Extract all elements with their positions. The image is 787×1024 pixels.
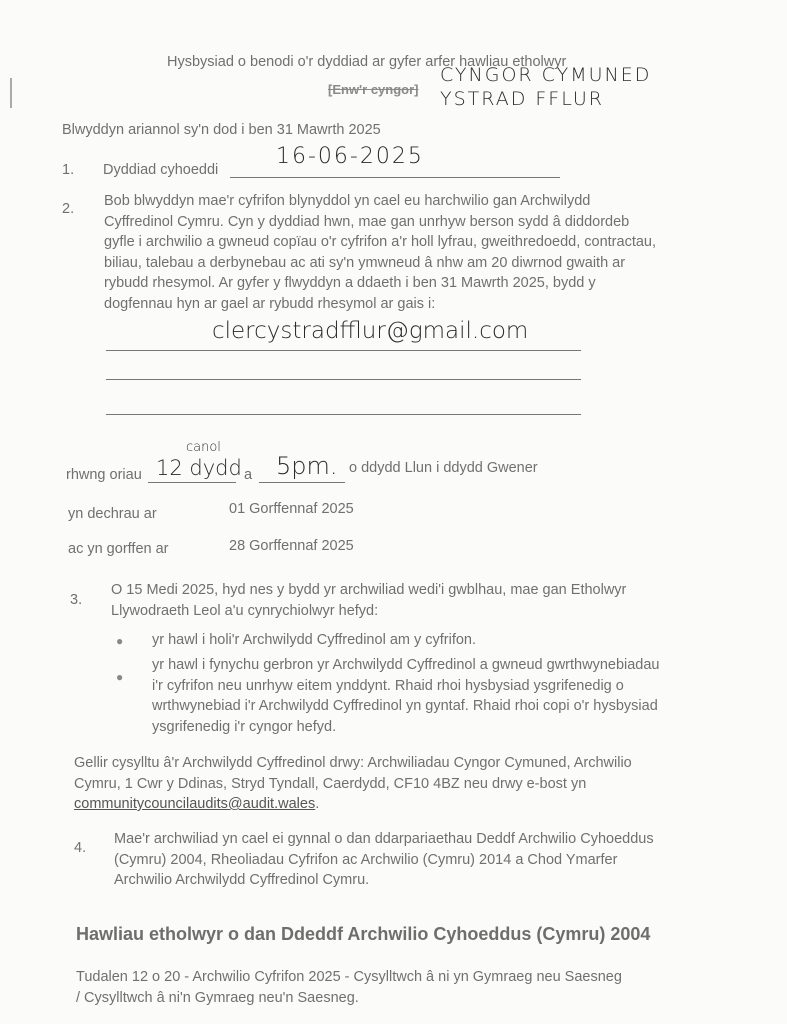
contact-email-handwritten: clercystradfflur@gmail.com xyxy=(212,318,528,344)
council-name-line1: CYNGOR CYMUNED xyxy=(440,64,651,86)
auditor-email-link[interactable]: communitycouncilaudits@audit.wales xyxy=(74,796,315,812)
hours-from-top: canol xyxy=(186,440,221,455)
section3-intro: O 15 Medi 2025, hyd nes y bydd yr archwi… xyxy=(111,580,711,621)
section3-bullet-1: yr hawl i holi'r Archwilydd Cyffredinol … xyxy=(152,630,712,651)
council-name-line2: YSTRAD FFLUR xyxy=(440,88,604,110)
start-label: yn dechrau ar xyxy=(68,506,157,522)
section1-number: 1. xyxy=(62,162,74,178)
page-footer: Tudalen 12 o 20 - Archwilio Cyfrifon 202… xyxy=(76,967,756,1008)
publication-date-value: 16-06-2025 xyxy=(276,144,424,169)
publication-date-label: Dyddiad cyhoeddi xyxy=(103,162,218,178)
end-label: ac yn gorffen ar xyxy=(68,541,169,557)
hours-suffix: o ddydd Llun i ddydd Gwener xyxy=(349,460,538,476)
section3-bullet-2: yr hawl i fynychu gerbron yr Archwilydd … xyxy=(152,655,722,737)
contact-line-3 xyxy=(106,414,581,415)
rights-heading: Hawliau etholwyr o dan Ddeddf Archwilio … xyxy=(76,924,650,945)
section4-text: Mae'r archwiliad yn cael ei gynnal o dan… xyxy=(114,829,724,891)
auditor-contact: Gellir cysylltu â'r Archwilydd Cyffredin… xyxy=(74,753,704,815)
hours-from-line xyxy=(148,482,236,483)
hours-from: 12 dydd xyxy=(156,456,242,480)
contact-line-1 xyxy=(106,350,581,351)
hours-prefix: rhwng oriau xyxy=(66,467,142,483)
section2-number: 2. xyxy=(62,201,74,217)
hours-to: 5pm. xyxy=(276,452,338,480)
end-date: 28 Gorffennaf 2025 xyxy=(229,538,354,554)
scan-margin-mark xyxy=(10,78,12,108)
publication-date-line xyxy=(230,177,560,178)
section3-number: 3. xyxy=(70,592,82,608)
bullet-icon: ● xyxy=(116,670,123,684)
contact-line-2 xyxy=(106,379,581,380)
hours-and: a xyxy=(244,467,252,483)
bullet-icon: ● xyxy=(116,634,123,648)
council-placeholder: [Enw'r cyngor] xyxy=(328,82,419,97)
hours-to-line xyxy=(259,482,345,483)
section4-number: 4. xyxy=(74,840,86,856)
section2-text: Bob blwyddyn mae'r cyfrifon blynyddol yn… xyxy=(104,191,724,314)
start-date: 01 Gorffennaf 2025 xyxy=(229,501,354,517)
financial-year: Blwyddyn ariannol sy'n dod i ben 31 Mawr… xyxy=(62,122,381,138)
